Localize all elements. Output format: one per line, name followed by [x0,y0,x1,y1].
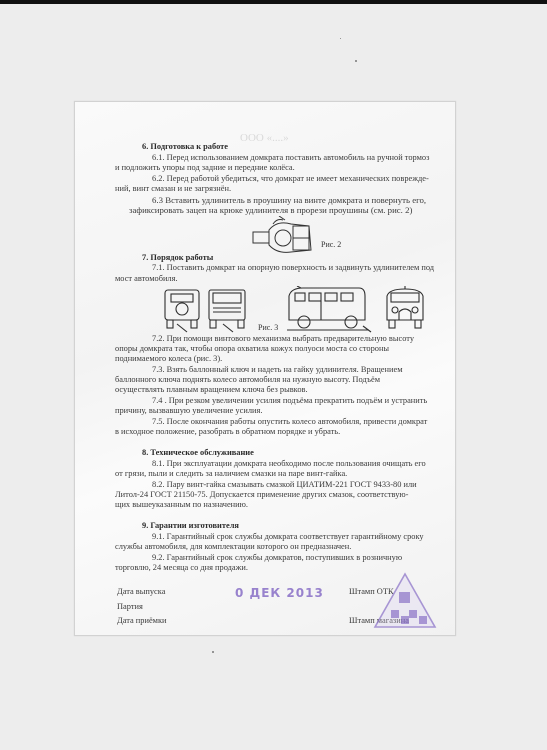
para-6-1-cont: и подложить упоры под задние и передние … [115,163,295,174]
para-6-3: 6.3 Вставить удлинитель в проушину на ви… [152,195,426,206]
para-8-2: 8.2. Пару винт-гайка смазывать смазкой Ц… [152,480,417,491]
para-7-5: 7.5. После окончания работы опустить кол… [152,417,427,428]
para-6-2-cont: ний, винт смазан и не загрязнён. [115,184,231,195]
para-6-1: 6.1. Перед использованием домкрата поста… [152,153,429,164]
batch-label: Партия [117,602,143,613]
para-7-3-cont: баллонного ключа поднять колесо автомоби… [115,375,380,386]
para-8-2-cont2: щих вышеуказанным по назначению. [115,500,248,511]
para-7-3: 7.3. Взять баллонный ключ и надеть на га… [152,365,403,376]
para-7-1-cont: мост автомобиля. [115,274,178,285]
bleed-through-text: ООО «....» [240,132,289,144]
para-7-2-cont: опоры домкрата так, чтобы опора охватила… [115,344,389,355]
para-9-1: 9.1. Гарантийный срок службы домкрата со… [152,532,424,543]
para-7-2-cont2: поднимаемого колеса (рис. 3). [115,354,222,365]
acceptance-date-label: Дата приёмки [117,616,167,627]
para-6-3-cont: зафиксировать зацеп на крюке удлинителя … [129,205,412,216]
instruction-sheet: ООО «....» 6. Подготовка к работе 6.1. П… [74,101,456,636]
para-7-4-cont: причину, вызвавшую увеличение усилия. [115,406,262,417]
figure-2-jack-extension-hook [251,216,331,258]
para-9-2: 9.2. Гарантийный срок службы домкратов, … [152,553,402,564]
para-7-1: 7.1. Поставить домкрат на опорную поверх… [152,263,434,274]
para-8-2-cont: Литол-24 ГОСТ 21150-75. Допускается прим… [115,490,408,501]
para-8-1-cont: от грязи, пыли и следить за наличием сма… [115,469,347,480]
para-7-4: 7.4 . При резком увеличении усилия подъё… [152,396,427,407]
para-9-1-cont: службы автомобиля, для комплектации кото… [115,542,351,553]
release-date-stamp: 0 ДЕК 2013 [235,586,324,600]
para-7-3-cont2: осуществлять плавным вращением ключа без… [115,385,308,396]
para-9-2-cont: торговлю, 24 месяца со дня продажи. [115,563,248,574]
section-8-title: 8. Техническое обслуживание [142,448,254,459]
release-date-label: Дата выпуска [117,587,165,598]
figure-3-caption: Рис. 3 [258,323,278,334]
para-6-2: 6.2. Перед работой убедиться, что домкра… [152,174,429,185]
section-6-title: 6. Подготовка к работе [142,142,228,153]
dust-speck [340,38,341,39]
dust-speck [355,60,357,62]
section-7-title: 7. Порядок работы [142,253,213,264]
figure-3-vehicles-on-jack [163,286,427,334]
para-7-2: 7.2. При помощи винтового механизма выбр… [152,334,414,345]
dust-speck [212,651,214,653]
section-9-title: 9. Гарантии изготовителя [142,521,239,532]
figure-2-caption: Рис. 2 [321,240,341,251]
para-8-1: 8.1. При эксплуатации домкрата необходим… [152,459,426,470]
para-7-5-cont: в исходное положение, разобрать в обратн… [115,427,340,438]
otk-quality-stamp [373,572,437,630]
